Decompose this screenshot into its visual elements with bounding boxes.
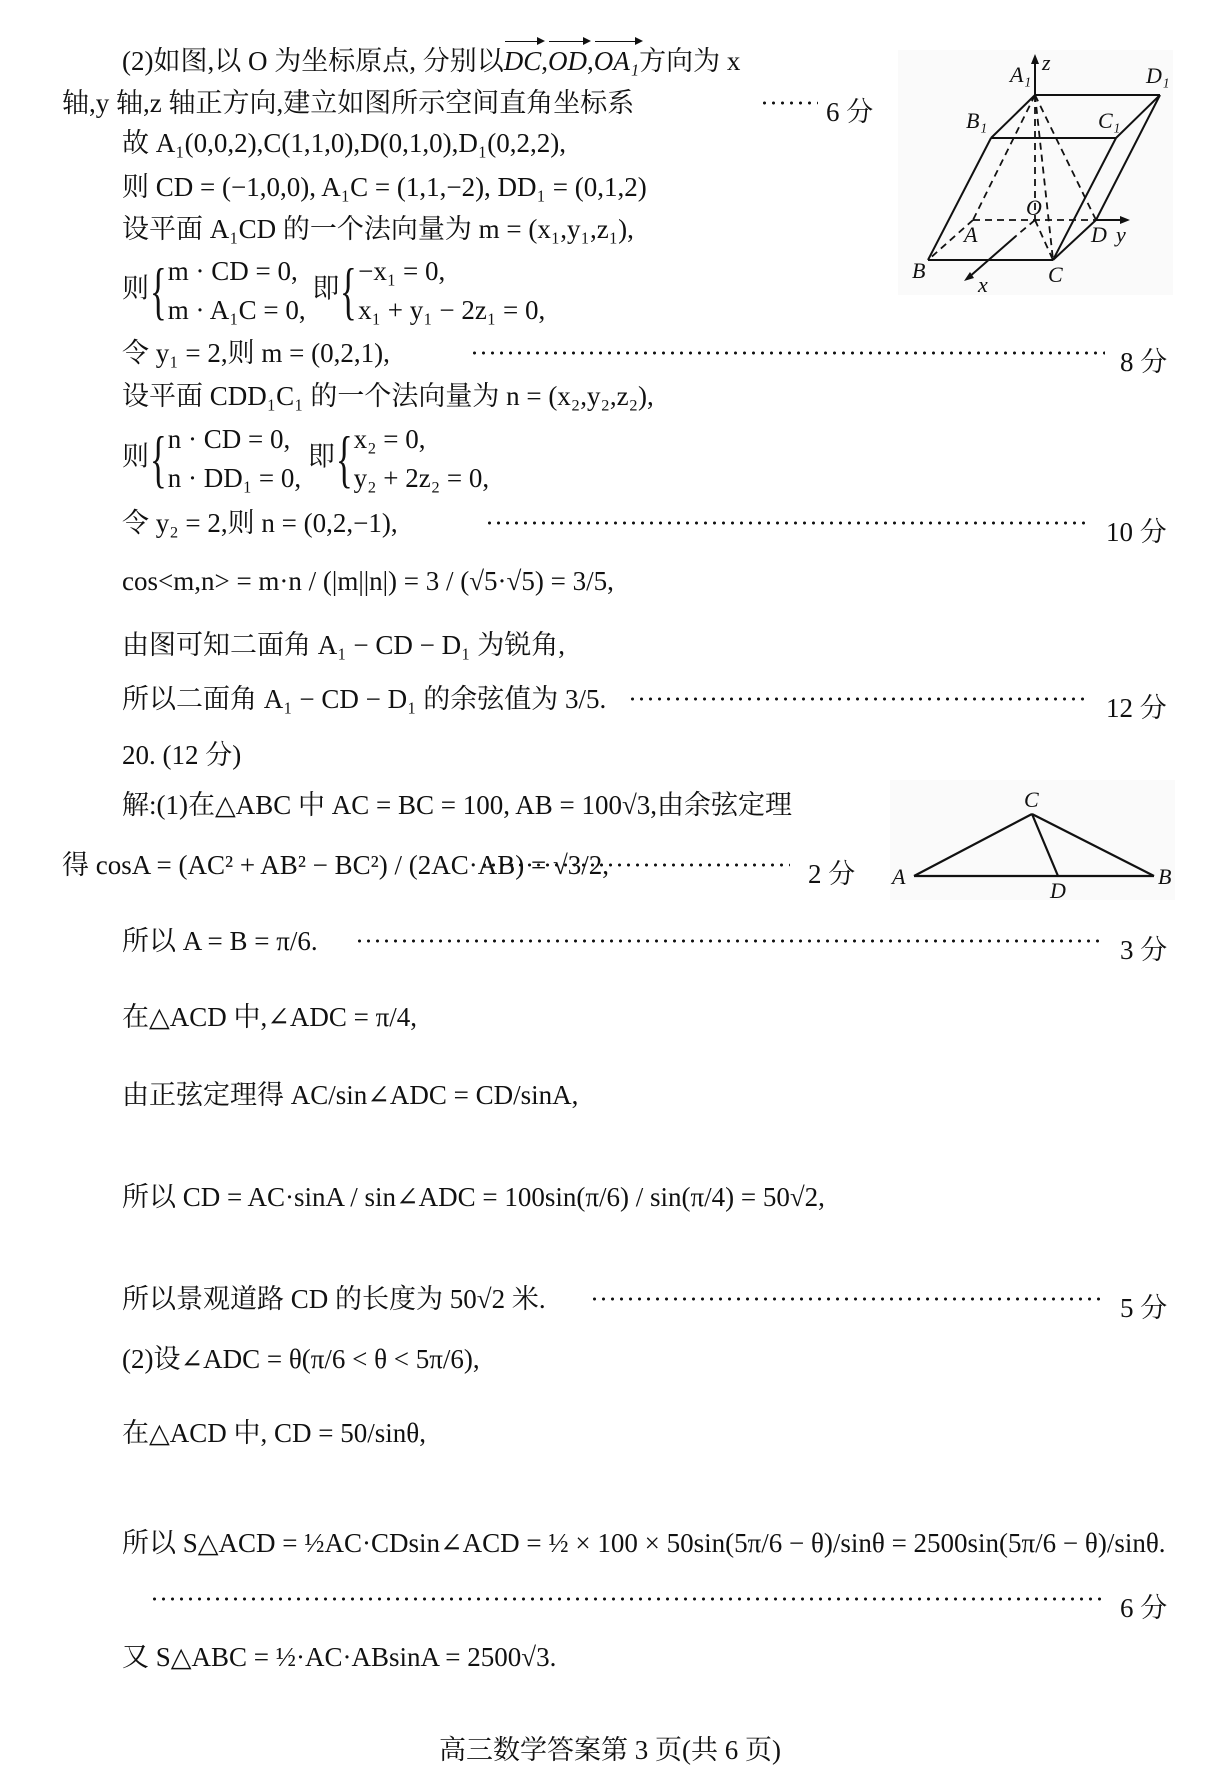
page-footer: 高三数学答案第 3 页(共 6 页) [0, 1728, 1220, 1767]
CD-calc: 所以 CD = AC·sinA / sin∠ADC = 100sin(π/6) … [122, 1184, 825, 1211]
svg-text:D₁: D₁ [1145, 63, 1170, 88]
svg-text:A₁: A₁ [1008, 62, 1031, 87]
dot-leader [485, 521, 1085, 525]
S-ACD: 所以 S△ACD = ½AC·CDsin∠ACD = ½ × 100 × 50s… [122, 1530, 1166, 1557]
vectors-line: 则 CD = (−1,0,0), A₁C = (1,1,−2), DD₁ = (… [122, 174, 647, 201]
intro-line-1: (2)如图,以 O 为坐标原点, 分别以DC,OD,OA₁方向为 x [122, 48, 740, 75]
intro-text: (2)如图,以 O 为坐标原点, 分别以 [122, 46, 504, 76]
part1-intro: 解:(1)在△ABC 中 AC = BC = 100, AB = 100√3,由… [122, 792, 792, 819]
svg-text:B: B [912, 258, 925, 283]
score-6b: 6 分 [1120, 1586, 1167, 1625]
svg-text:B₁: B₁ [966, 108, 987, 133]
svg-text:O: O [1026, 195, 1042, 220]
plane2-normal: 设平面 CDD₁C₁ 的一个法向量为 n = (x₂,y₂,z₂), [122, 383, 654, 410]
system2: 则{n · CD = 0,n · DD₁ = 0, 即{x₂ = 0,y₂ + … [122, 420, 489, 498]
brace-icon: { [150, 430, 167, 488]
system1-left: m · CD = 0,m · A₁C = 0, [168, 252, 306, 330]
cos-formula: cos<m,n> = m·n / (|m||n|) = 3 / (√5·√5) … [122, 568, 614, 595]
CD-result: 所以景观道路 CD 的长度为 50√2 米. [122, 1286, 546, 1313]
svg-text:D: D [1090, 222, 1107, 247]
system-mid: 即 [312, 273, 339, 303]
eq: m · A₁C = 0, [168, 291, 306, 330]
dot-leader [355, 939, 1105, 943]
eq: −x₁ = 0, [358, 252, 545, 291]
figure-triangle: C A D B [890, 780, 1175, 900]
system2-right: x₂ = 0,y₂ + 2z₂ = 0, [354, 420, 490, 498]
CD-theta: 在△ACD 中, CD = 50/sinθ, [122, 1420, 426, 1447]
sine-law: 由正弦定理得 AC/sin∠ADC = CD/sinA, [122, 1082, 578, 1109]
S-ABC: 又 S△ABC = ½·AC·ABsinA = 2500√3. [122, 1644, 556, 1671]
system-mid: 即 [308, 441, 335, 471]
dot-leader [480, 863, 790, 867]
conclusion: 所以二面角 A₁ − CD − D₁ 的余弦值为 3/5. [122, 686, 606, 713]
brace-icon: { [150, 262, 167, 320]
dot-leader [470, 351, 1105, 355]
angle-ADC: 在△ACD 中,∠ADC = π/4, [122, 1004, 417, 1031]
acute-note: 由图可知二面角 A₁ − CD − D₁ 为锐角, [122, 632, 565, 659]
score-2: 2 分 [808, 852, 855, 891]
angle-A: 所以 A = B = π/6. [122, 928, 318, 955]
problem-20-header: 20. (12 分) [122, 742, 241, 769]
score-6: 6 分 [826, 90, 873, 129]
eq: m · CD = 0, [168, 252, 306, 291]
svg-text:C: C [1024, 787, 1039, 812]
vector-oa1: OA₁ [594, 48, 639, 75]
svg-text:C: C [1048, 262, 1063, 287]
figure-parallelepiped: A₁ z D₁ B₁ C₁ O A D y B C x [898, 50, 1173, 295]
points-line: 故 A₁(0,0,2),C(1,1,0),D(0,1,0),D₁(0,2,2), [122, 130, 566, 157]
brace-icon: { [340, 262, 357, 320]
intro-line-2: 轴,y 轴,z 轴正方向,建立如图所示空间直角坐标系 [62, 90, 634, 117]
n-result: 令 y₂ = 2,则 n = (0,2,−1), [122, 510, 398, 537]
triangle-diagram: C A D B [890, 780, 1175, 900]
vector-dc: DC [504, 48, 542, 75]
svg-text:A: A [962, 222, 978, 247]
system-prefix: 则 [122, 441, 149, 471]
vector-od: OD [548, 48, 587, 75]
score-5: 5 分 [1120, 1286, 1167, 1325]
svg-text:z: z [1041, 50, 1051, 75]
brace-icon: { [336, 430, 353, 488]
plane1-normal: 设平面 A₁CD 的一个法向量为 m = (x₁,y₁,z₁), [122, 216, 634, 243]
score-3: 3 分 [1120, 928, 1167, 967]
parallelepiped-diagram: A₁ z D₁ B₁ C₁ O A D y B C x [898, 50, 1173, 295]
dot-leader [628, 697, 1088, 701]
eq: n · CD = 0, [168, 420, 301, 459]
part2-set: (2)设∠ADC = θ(π/6 < θ < 5π/6), [122, 1346, 480, 1373]
eq: n · DD₁ = 0, [168, 459, 301, 498]
dot-leader [590, 1297, 1105, 1301]
score-12: 12 分 [1106, 686, 1167, 725]
system2-left: n · CD = 0,n · DD₁ = 0, [168, 420, 301, 498]
system-prefix: 则 [122, 273, 149, 303]
eq: y₂ + 2z₂ = 0, [354, 459, 490, 498]
svg-text:B: B [1158, 864, 1171, 889]
dot-leader [760, 101, 818, 105]
svg-text:D: D [1049, 878, 1066, 900]
score-10: 10 分 [1106, 510, 1167, 549]
m-result: 令 y₁ = 2,则 m = (0,2,1), [122, 340, 390, 367]
svg-text:C₁: C₁ [1098, 108, 1120, 133]
svg-text:x: x [977, 272, 988, 295]
svg-text:A: A [890, 864, 906, 889]
system1-right: −x₁ = 0,x₁ + y₁ − 2z₁ = 0, [358, 252, 545, 330]
dot-leader [150, 1597, 1105, 1601]
svg-text:y: y [1114, 222, 1126, 247]
system1: 则{m · CD = 0,m · A₁C = 0, 即{−x₁ = 0,x₁ +… [122, 252, 545, 330]
eq: x₂ = 0, [354, 420, 490, 459]
eq: x₁ + y₁ − 2z₁ = 0, [358, 291, 545, 330]
score-8: 8 分 [1120, 340, 1167, 379]
intro-tail: 方向为 x [639, 46, 740, 76]
